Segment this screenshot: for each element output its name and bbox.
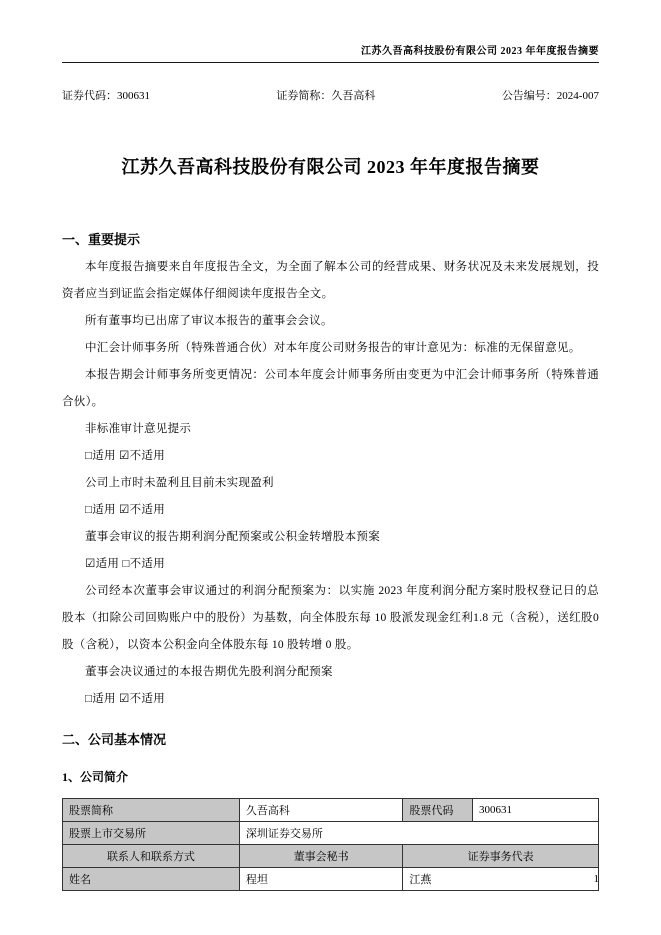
checkbox-line-nonstandard-opinion: □适用 ☑不适用 [62, 443, 599, 470]
checkbox-line-profit-distribution: ☑适用 □不适用 [62, 551, 599, 578]
cell-value-stock-code: 300631 [473, 799, 599, 822]
paragraph: 非标准审计意见提示 [62, 416, 599, 443]
subsection-heading-company-profile: 1、公司简介 [62, 768, 599, 785]
table-row-contact-header: 联系人和联系方式 董事会秘书 证券事务代表 [63, 845, 599, 868]
checkbox-line-unprofitable: □适用 ☑不适用 [62, 497, 599, 524]
document-title: 江苏久吾高科技股份有限公司 2023 年年度报告摘要 [62, 153, 599, 179]
stock-code: 证券代码：300631 [62, 87, 150, 103]
securities-meta-row: 证券代码：300631 证券简称：久吾高科 公告编号：2024-007 [62, 87, 599, 103]
section-heading-company-basics: 二、公司基本情况 [62, 729, 599, 748]
announcement-number: 公告编号：2024-007 [502, 87, 599, 103]
stock-abbr: 证券简称：久吾高科 [276, 87, 375, 103]
company-profile-table: 股票简称 久吾高科 股票代码 300631 股票上市交易所 深圳证券交易所 联系… [62, 798, 599, 891]
cell-value-exchange: 深圳证券交易所 [239, 822, 598, 845]
table-row-names: 姓名 程坦 江燕 [63, 868, 599, 891]
cell-label-name: 姓名 [63, 868, 240, 891]
running-header: 江苏久吾高科技股份有限公司 2023 年年度报告摘要 [62, 42, 599, 63]
page-number: 1 [594, 873, 600, 885]
section-heading-important-notice: 一、重要提示 [62, 229, 599, 248]
paragraph: 中汇会计师事务所（特殊普通合伙）对本年度公司财务报告的审计意见为：标准的无保留意… [62, 335, 599, 362]
paragraph: 董事会审议的报告期利润分配预案或公积金转增股本预案 [62, 524, 599, 551]
paragraph: 本年度报告摘要来自年度报告全文，为全面了解本公司的经营成果、财务状况及未来发展规… [62, 254, 599, 308]
paragraph: 董事会决议通过的本报告期优先股利润分配预案 [62, 659, 599, 686]
cell-label-stock-abbr: 股票简称 [63, 799, 240, 822]
paragraph: 本报告期会计师事务所变更情况：公司本年度会计师事务所由变更为中汇会计师事务所（特… [62, 362, 599, 416]
cell-value-rep-name: 江燕 [403, 868, 599, 891]
cell-label-stock-code: 股票代码 [403, 799, 473, 822]
cell-value-stock-abbr: 久吾高科 [239, 799, 402, 822]
important-notice-body: 本年度报告摘要来自年度报告全文，为全面了解本公司的经营成果、财务状况及未来发展规… [62, 254, 599, 713]
checkbox-line-preferred-shares: □适用 ☑不适用 [62, 686, 599, 713]
cell-label-board-secretary: 董事会秘书 [239, 845, 402, 868]
cell-value-secretary-name: 程坦 [239, 868, 402, 891]
cell-label-securities-rep: 证券事务代表 [403, 845, 599, 868]
paragraph: 所有董事均已出席了审议本报告的董事会会议。 [62, 308, 599, 335]
paragraph: 公司经本次董事会审议通过的利润分配预案为：以实施 2023 年度利润分配方案时股… [62, 578, 599, 659]
cell-label-contact-method: 联系人和联系方式 [63, 845, 240, 868]
cell-label-exchange: 股票上市交易所 [63, 822, 240, 845]
table-row-exchange: 股票上市交易所 深圳证券交易所 [63, 822, 599, 845]
paragraph: 公司上市时未盈利且目前未实现盈利 [62, 470, 599, 497]
document-page: 江苏久吾高科技股份有限公司 2023 年年度报告摘要 证券代码：300631 证… [0, 0, 661, 891]
table-row-stock-abbr: 股票简称 久吾高科 股票代码 300631 [63, 799, 599, 822]
